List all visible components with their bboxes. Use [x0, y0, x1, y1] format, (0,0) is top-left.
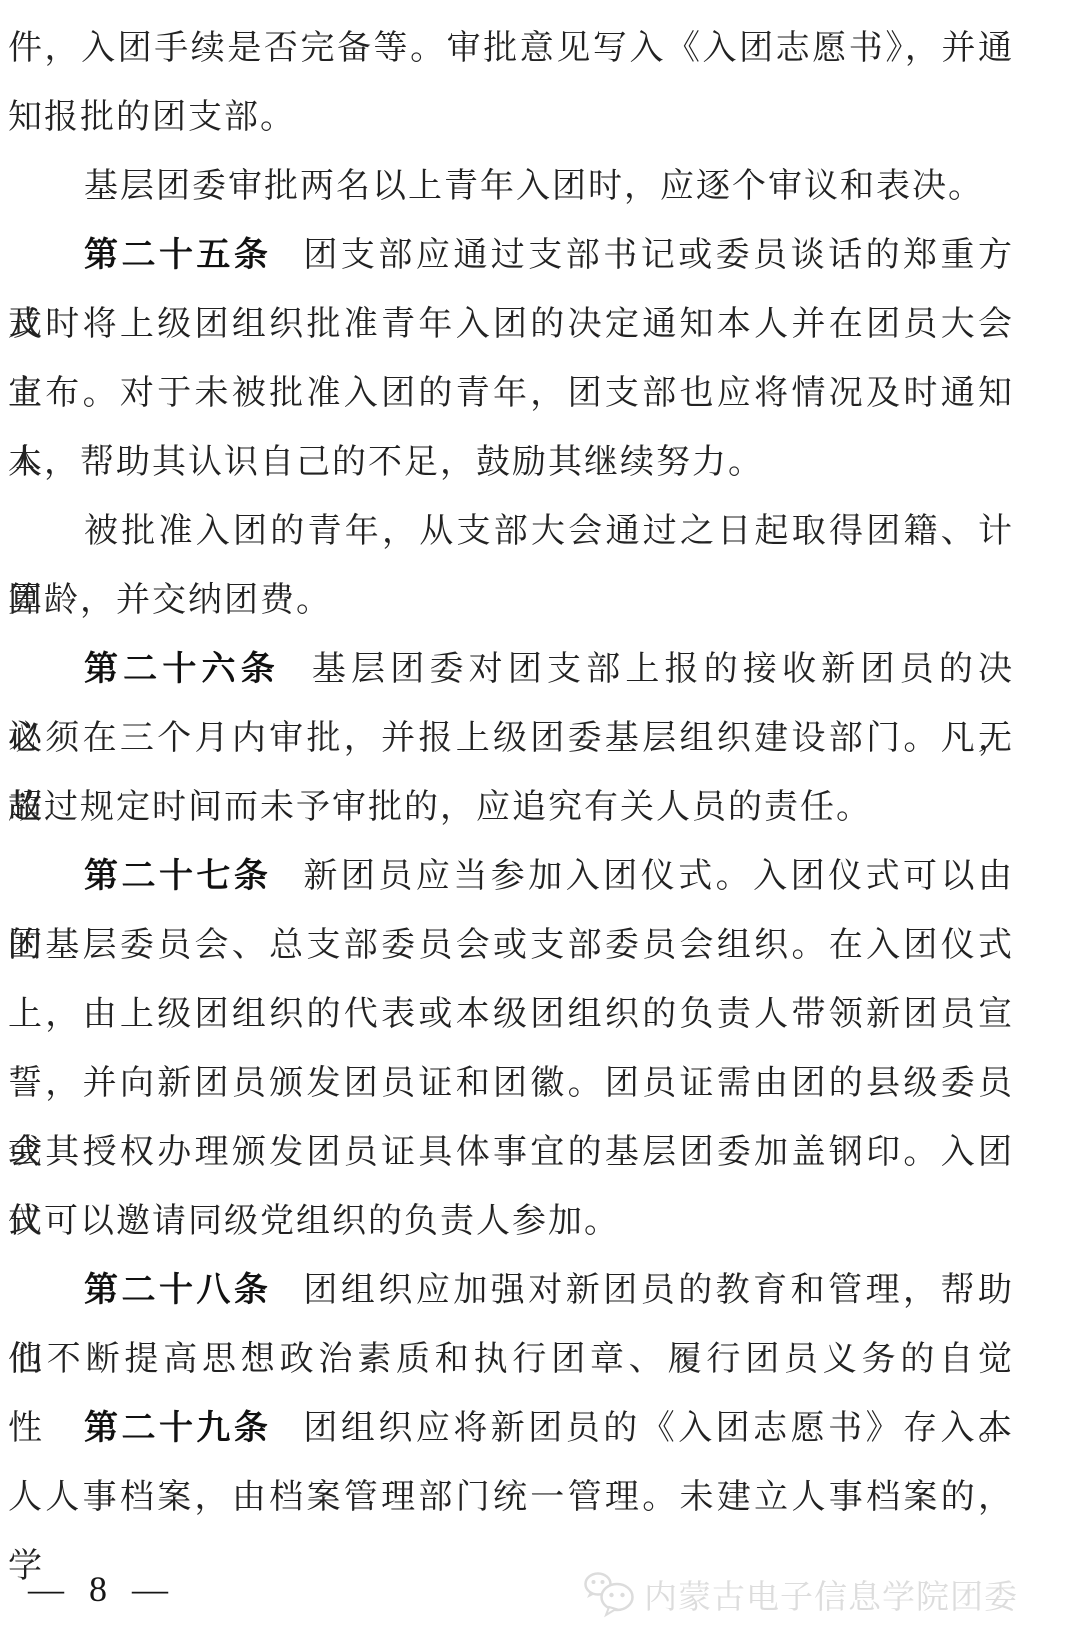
text-line: 或其授权办理颁发团员证具体事宜的基层团委加盖钢印。入团仪 — [8, 1118, 1014, 1187]
watermark-text: 内蒙古电子信息学院团委 — [644, 1571, 1018, 1618]
text-line: 知报批的团支部。 — [8, 83, 1014, 152]
text-line: 誓，并向新团员颁发团员证和团徽。团员证需由团的县级委员会 — [8, 1049, 1014, 1118]
text-line: 被批准入团的青年，从支部大会通过之日起取得团籍、计算 — [8, 497, 1014, 566]
text-line: 必须在三个月内审批，并报上级团委基层组织建设部门。凡无故 — [8, 704, 1014, 773]
line-text: 知报批的团支部。 — [8, 99, 296, 136]
text-line: 人，帮助其认识自己的不足，鼓励其继续努力。 — [8, 428, 1014, 497]
line-text: 人，帮助其认识自己的不足，鼓励其继续努力。 — [8, 444, 764, 481]
watermark: 内蒙古电子信息学院团委 — [582, 1570, 1018, 1618]
article-number: 第二十六条 — [84, 650, 280, 688]
body-text-block: 件，入团手续是否完备等。审批意见写入《入团志愿书》，并通 知报批的团支部。 基层… — [8, 14, 1014, 1532]
text-line: 上，由上级团组织的代表或本级团组织的负责人带领新团员宣 — [8, 980, 1014, 1049]
line-text: 基层团委审批两名以上青年入团时，应逐个审议和表决。 — [84, 168, 984, 205]
text-line: 及时将上级团组织批准青年入团的决定通知本人并在团员大会上 — [8, 290, 1014, 359]
text-line: 第二十七条新团员应当参加入团仪式。入团仪式可以由团 — [8, 842, 1014, 911]
line-text: 上，由上级团组织的代表或本级团组织的负责人带领新团员宣 — [8, 996, 1014, 1033]
article-number: 第二十七条 — [84, 857, 271, 895]
text-line: 团龄，并交纳团费。 — [8, 566, 1014, 635]
line-text: 团组织应将新团员的《入团志愿书》存入本 — [303, 1410, 1014, 1447]
text-line: 基层团委审批两名以上青年入团时，应逐个审议和表决。 — [8, 152, 1014, 221]
article-number: 第二十九条 — [84, 1409, 271, 1447]
text-line: 第二十八条团组织应加强对新团员的教育和管理，帮助他 — [8, 1256, 1014, 1325]
line-text: 团龄，并交纳团费。 — [8, 582, 332, 619]
document-page: 件，入团手续是否完备等。审批意见写入《入团志愿书》，并通 知报批的团支部。 基层… — [0, 0, 1080, 1642]
text-line: 件，入团手续是否完备等。审批意见写入《入团志愿书》，并通 — [8, 14, 1014, 83]
line-text: 件，入团手续是否完备等。审批意见写入《入团志愿书》，并通 — [8, 30, 1014, 67]
text-line: 式可以邀请同级党组织的负责人参加。 — [8, 1187, 1014, 1256]
article-number: 第二十八条 — [84, 1271, 271, 1309]
text-line: 第二十五条团支部应通过支部书记或委员谈话的郑重方式 — [8, 221, 1014, 290]
page-number: — 8 — — [28, 1568, 176, 1610]
line-text: 式可以邀请同级党组织的负责人参加。 — [8, 1203, 620, 1240]
text-line: 第二十九条团组织应将新团员的《入团志愿书》存入本 — [8, 1394, 1014, 1463]
article-number: 第二十五条 — [84, 236, 271, 274]
text-line: 第二十六条基层团委对团支部上报的接收新团员的决议， — [8, 635, 1014, 704]
line-text: 的基层委员会、总支部委员会或支部委员会组织。在入团仪式 — [8, 927, 1014, 964]
text-line: 超过规定时间而未予审批的，应追究有关人员的责任。 — [8, 773, 1014, 842]
text-line: 的基层委员会、总支部委员会或支部委员会组织。在入团仪式 — [8, 911, 1014, 980]
line-text: 超过规定时间而未予审批的，应追究有关人员的责任。 — [8, 789, 872, 826]
wechat-icon — [582, 1570, 638, 1618]
text-line: 人人事档案，由档案管理部门统一管理。未建立人事档案的，学 — [8, 1463, 1014, 1532]
text-line: 们不断提高思想政治素质和执行团章、履行团员义务的自觉性。 — [8, 1325, 1014, 1394]
text-line: 宣布。对于未被批准入团的青年，团支部也应将情况及时通知本 — [8, 359, 1014, 428]
